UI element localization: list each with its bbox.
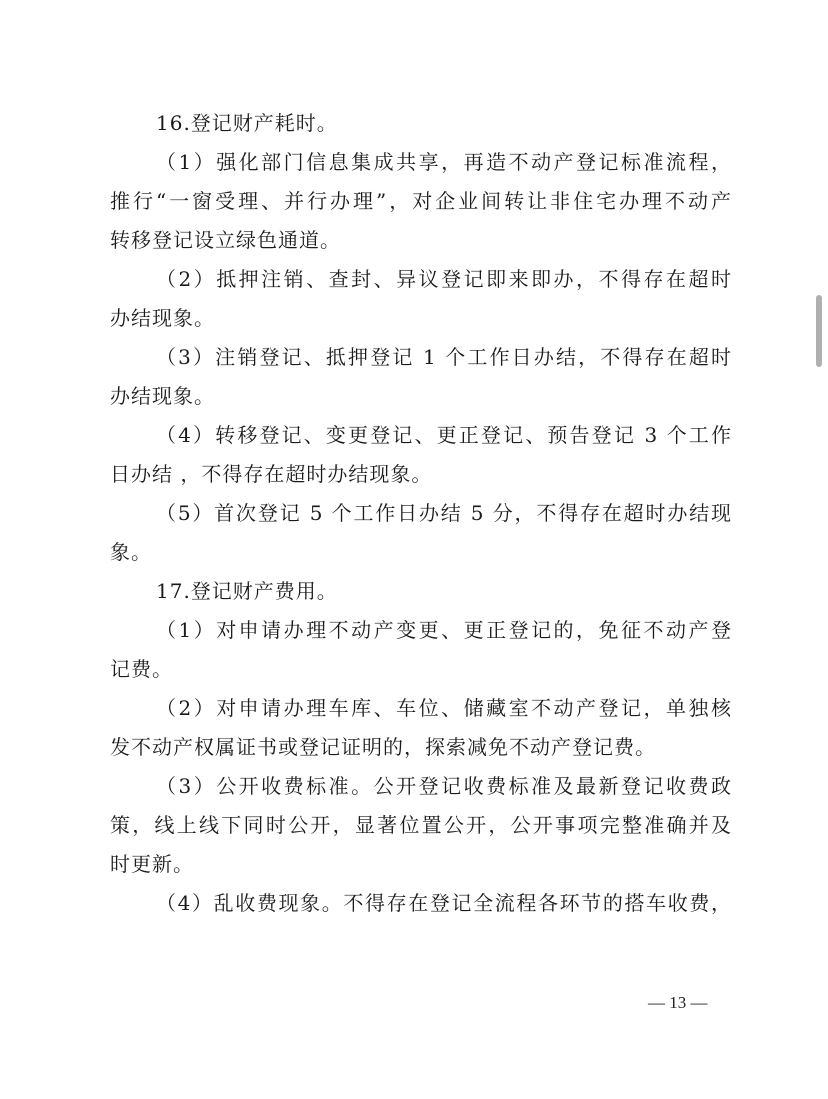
paragraph-line: 策，线上线下同时公开，显著位置公开，公开事项完整准确并及 — [110, 806, 732, 845]
paragraph-line: 转移登记设立绿色通道。 — [110, 221, 732, 260]
page-number: — 13 — — [648, 993, 708, 1013]
paragraph-line: （1）对申请办理不动产变更、更正登记的，免征不动产登 — [110, 611, 732, 650]
paragraph-line: 推行“一窗受理、并行办理”，对企业间转让非住宅办理不动产 — [110, 182, 732, 221]
paragraph-line: 办结现象。 — [110, 299, 732, 338]
paragraph-line: （2）对申请办理车库、车位、储藏室不动产登记，单独核 — [110, 689, 732, 728]
paragraph-line: 象。 — [110, 533, 732, 572]
paragraph-line: （3）公开收费标准。公开登记收费标准及最新登记收费政 — [110, 767, 732, 806]
paragraph-line: （4）转移登记、变更登记、更正登记、预告登记 3 个工作 — [110, 416, 732, 455]
section-heading-16: 16.登记财产耗时。 — [110, 104, 732, 143]
paragraph-line: （2）抵押注销、查封、异议登记即来即办，不得存在超时 — [110, 260, 732, 299]
paragraph-line: 记费。 — [110, 650, 732, 689]
paragraph-line: 时更新。 — [110, 845, 732, 884]
paragraph-line: 办结现象。 — [110, 377, 732, 416]
paragraph-line: （5）首次登记 5 个工作日办结 5 分，不得存在超时办结现 — [110, 494, 732, 533]
document-page: 16.登记财产耗时。 （1）强化部门信息集成共享，再造不动产登记标准流程， 推行… — [110, 104, 732, 923]
paragraph-line: 日办结 ，不得存在超时办结现象。 — [110, 455, 732, 494]
paragraph-line: 发不动产权属证书或登记证明的，探索减免不动产登记费。 — [110, 728, 732, 767]
paragraph-line: （1）强化部门信息集成共享，再造不动产登记标准流程， — [110, 143, 732, 182]
section-heading-17: 17.登记财产费用。 — [110, 572, 732, 611]
vertical-scrollbar[interactable] — [816, 295, 822, 367]
paragraph-line: （3）注销登记、抵押登记 1 个工作日办结，不得存在超时 — [110, 338, 732, 377]
paragraph-line: （4）乱收费现象。不得存在登记全流程各环节的搭车收费， — [110, 884, 732, 923]
